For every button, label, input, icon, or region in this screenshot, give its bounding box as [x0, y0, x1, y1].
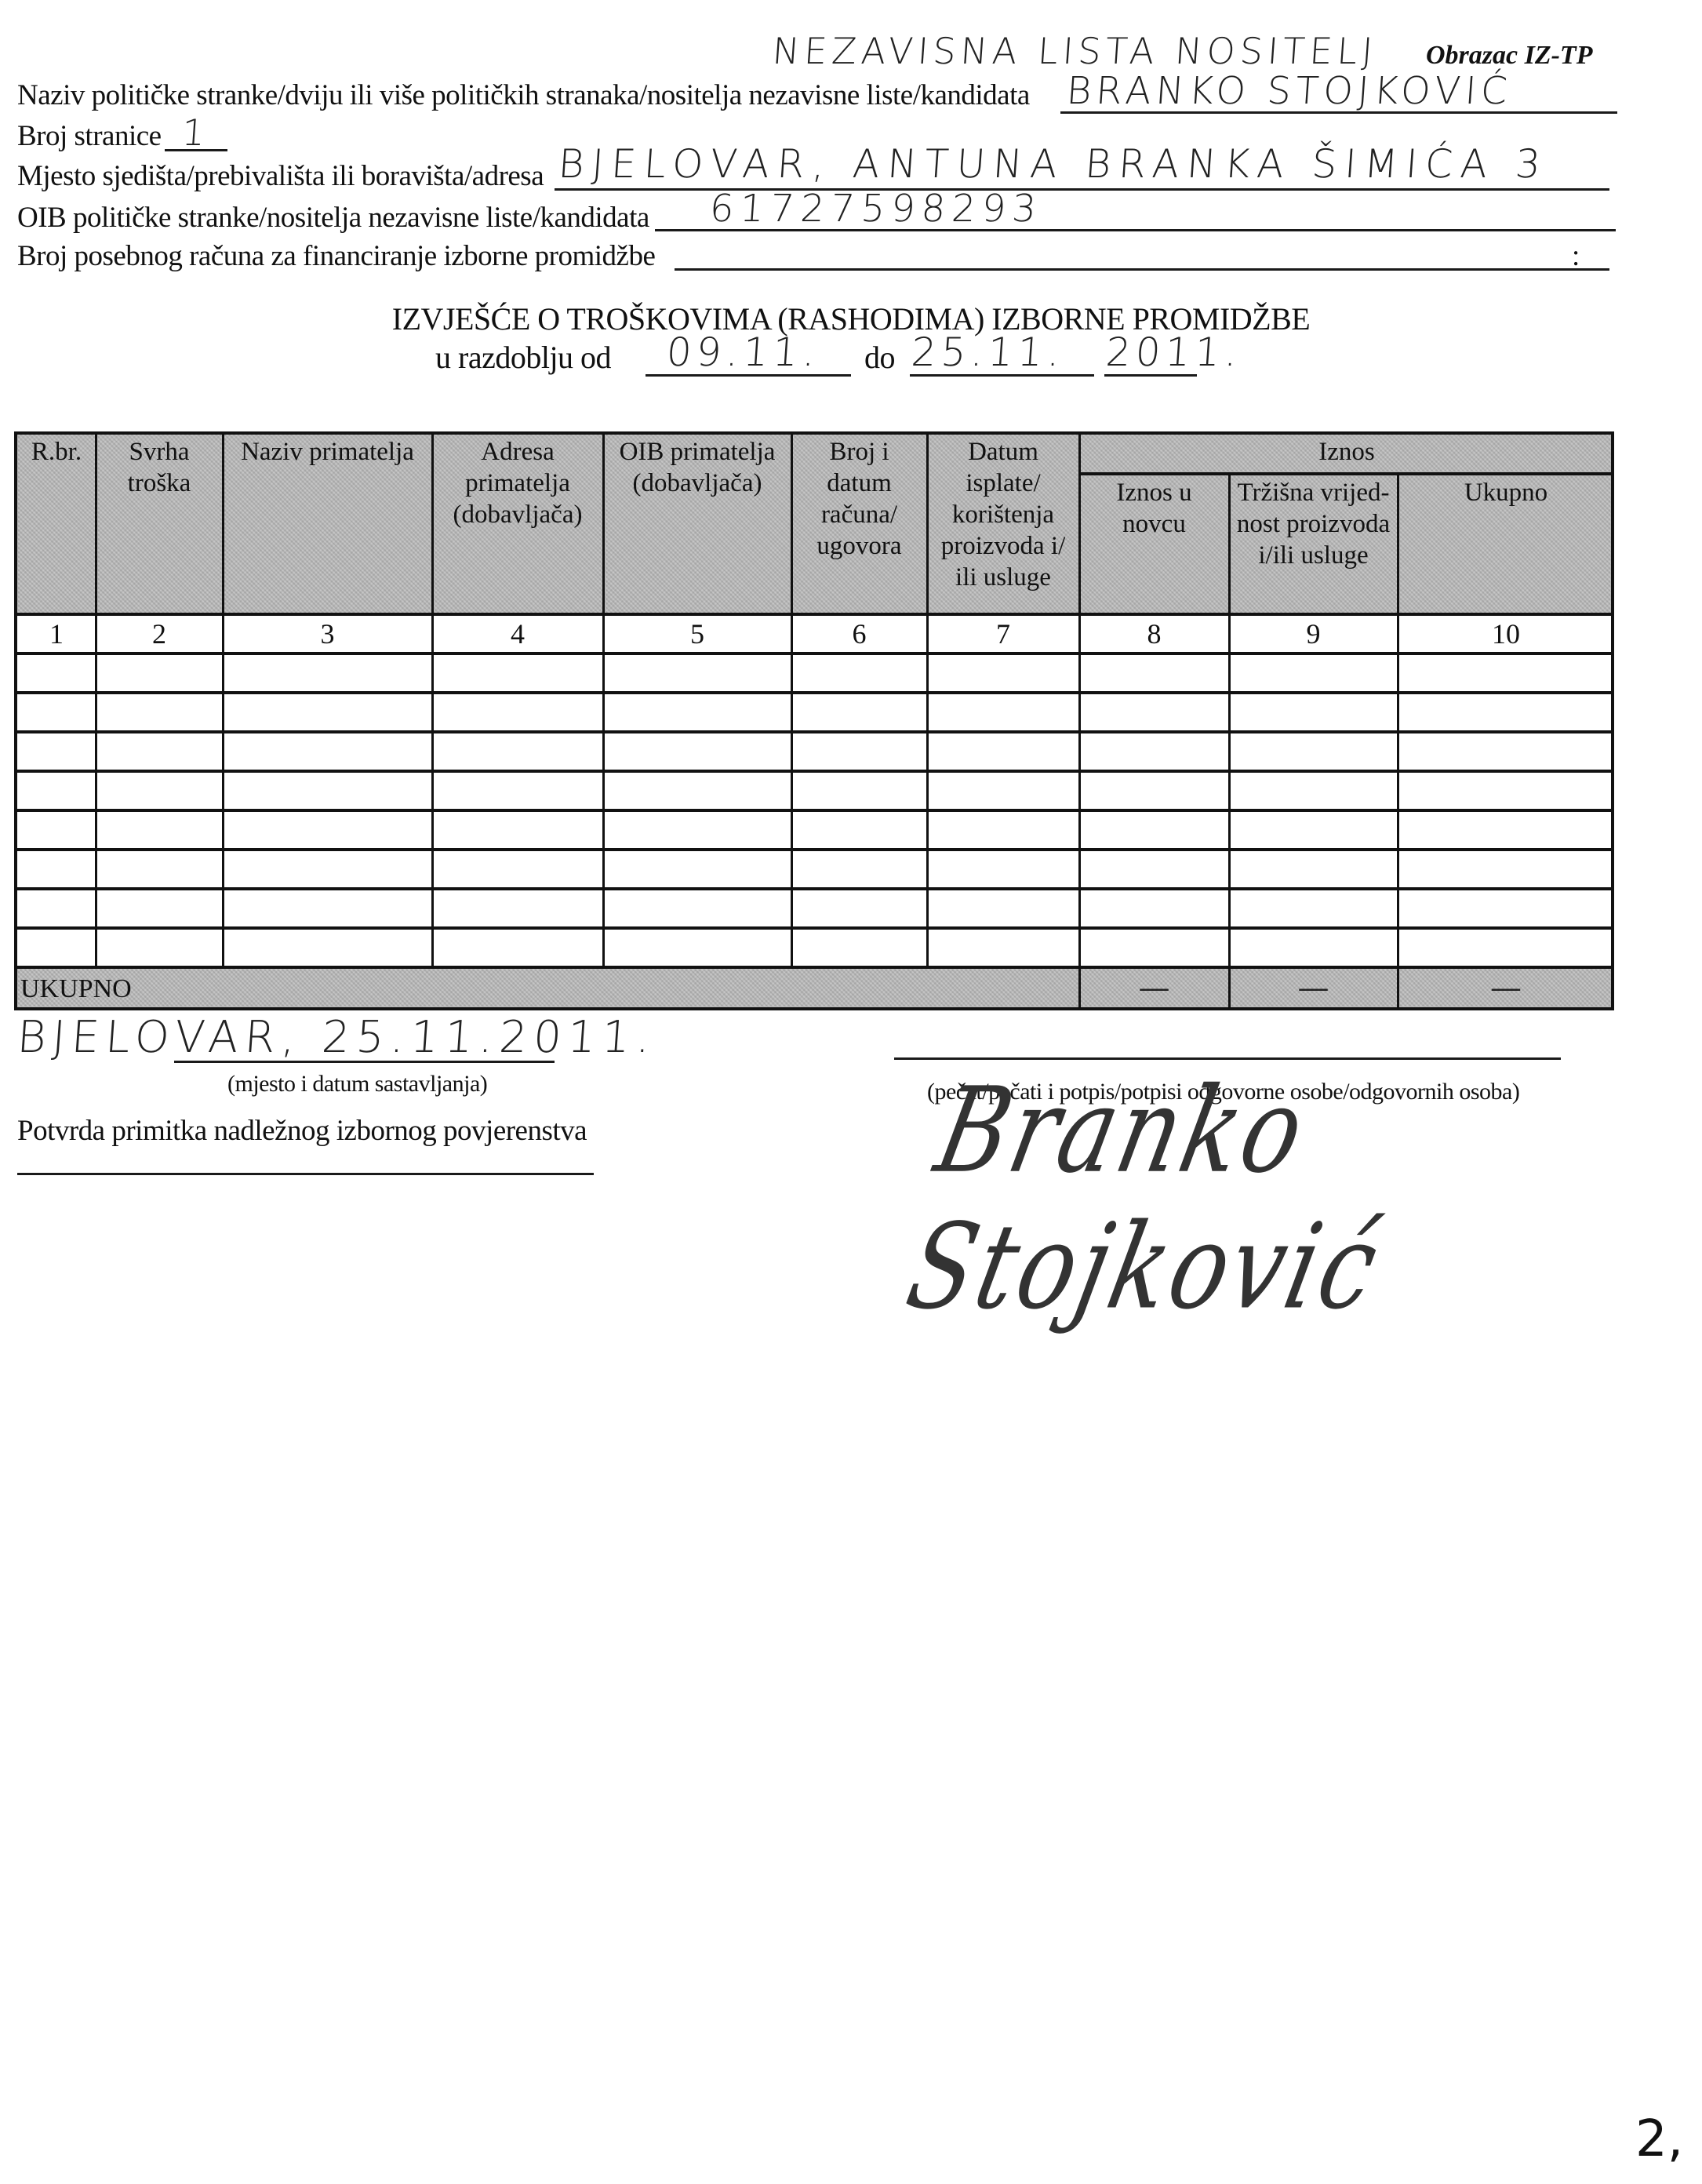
row-divider [17, 691, 1611, 694]
signature: Branko Stojković [896, 1063, 1702, 1336]
table-cell-row2-col5[interactable] [606, 695, 789, 730]
table-cell-row1-col10[interactable] [1400, 656, 1612, 690]
table-cell-row7-col3[interactable] [225, 891, 430, 926]
period-to-underline [910, 374, 1094, 377]
table-cell-row8-col6[interactable] [794, 930, 925, 965]
table-cell-row3-col1[interactable] [20, 734, 93, 769]
table-cell-row7-col2[interactable] [98, 891, 220, 926]
column-number-3: 3 [223, 614, 432, 653]
receipt-underline [17, 1173, 594, 1175]
report-title: IZVJEŠĆE O TROŠKOVIMA (RASHODIMA) IZBORN… [0, 302, 1702, 337]
table-cell-row4-col7[interactable] [929, 773, 1077, 808]
table-cell-row6-col10[interactable] [1400, 852, 1612, 886]
table-cell-row4-col5[interactable] [606, 773, 789, 808]
table-cell-row5-col4[interactable] [435, 813, 601, 847]
table-cell-row5-col5[interactable] [606, 813, 789, 847]
table-cell-row2-col6[interactable] [794, 695, 925, 730]
signature-underline [894, 1057, 1561, 1060]
total-trzisna-vrijednost[interactable]: — [1229, 967, 1398, 1007]
table-cell-row6-col2[interactable] [98, 852, 220, 886]
table-cell-row7-col10[interactable] [1400, 891, 1612, 926]
table-cell-row6-col8[interactable] [1082, 852, 1227, 886]
table-cell-row4-col3[interactable] [225, 773, 430, 808]
table-cell-row8-col1[interactable] [20, 930, 93, 965]
row-divider [17, 652, 1611, 655]
table-cell-row1-col2[interactable] [98, 656, 220, 690]
period-year-underline [1104, 374, 1197, 377]
table-cell-row3-col6[interactable] [794, 734, 925, 769]
table-cell-row6-col3[interactable] [225, 852, 430, 886]
table-cell-row2-col10[interactable] [1400, 695, 1612, 730]
table-cell-row8-col7[interactable] [929, 930, 1077, 965]
table-cell-row1-col7[interactable] [929, 656, 1077, 690]
column-header-3: Naziv primatelja [227, 436, 427, 468]
column-group-header-iznos: Iznos [1079, 436, 1614, 468]
table-cell-row5-col7[interactable] [929, 813, 1077, 847]
table-cell-row8-col10[interactable] [1400, 930, 1612, 965]
table-cell-row3-col2[interactable] [98, 734, 220, 769]
column-number-5: 5 [603, 614, 791, 653]
table-cell-row2-col1[interactable] [20, 695, 93, 730]
table-cell-row7-col8[interactable] [1082, 891, 1227, 926]
total-row-label: UKUPNO [20, 972, 132, 1006]
column-header-4: Adresa primatelja (dobavljača) [437, 436, 598, 530]
table-cell-row2-col7[interactable] [929, 695, 1077, 730]
table-cell-row7-col6[interactable] [794, 891, 925, 926]
table-cell-row3-col4[interactable] [435, 734, 601, 769]
account-suffix: : [1572, 239, 1580, 274]
table-cell-row6-col6[interactable] [794, 852, 925, 886]
table-cell-row5-col6[interactable] [794, 813, 925, 847]
party-name-underline [1060, 111, 1617, 114]
group-header-divider [1079, 472, 1611, 475]
form-code: Obrazac IZ-TP [1426, 41, 1592, 71]
column-header-8: Iznos u novcu [1084, 477, 1224, 540]
table-cell-row1-col3[interactable] [225, 656, 430, 690]
table-cell-row1-col5[interactable] [606, 656, 789, 690]
period-to-label: do [864, 340, 895, 375]
table-cell-row3-col9[interactable] [1231, 734, 1395, 769]
column-header-9: Tržišna vrijed- nost proizvoda i/ili usl… [1234, 477, 1393, 571]
table-cell-row5-col2[interactable] [98, 813, 220, 847]
table-cell-row3-col8[interactable] [1082, 734, 1227, 769]
table-cell-row1-col6[interactable] [794, 656, 925, 690]
place-date-caption: (mjesto i datum sastavljanja) [227, 1067, 487, 1101]
place-date-value[interactable]: BJELOVAR, 25.11.2011. [16, 1012, 658, 1063]
column-header-2: Svrha troška [100, 436, 218, 499]
account-underline [675, 268, 1609, 271]
table-cell-row2-col9[interactable] [1231, 695, 1395, 730]
oib-label: OIB političke stranke/nositelja nezavisn… [17, 201, 649, 235]
table-cell-row4-col1[interactable] [20, 773, 93, 808]
column-number-4: 4 [432, 614, 603, 653]
column-header-1: R.br. [22, 436, 91, 468]
table-cell-row4-col4[interactable] [435, 773, 601, 808]
period-from-label: u razdoblju od [435, 340, 611, 375]
table-cell-row6-col1[interactable] [20, 852, 93, 886]
page-number-label: Broj stranice [17, 119, 162, 154]
table-cell-row1-col1[interactable] [20, 656, 93, 690]
table-cell-row6-col5[interactable] [606, 852, 789, 886]
table-cell-row6-col7[interactable] [929, 852, 1077, 886]
column-header-7: Datum isplate/ korištenja proizvoda i/ i… [932, 436, 1075, 593]
row-divider [17, 887, 1611, 890]
page-number-value[interactable]: 1 [180, 111, 211, 154]
column-number-6: 6 [791, 614, 927, 653]
table-cell-row8-col3[interactable] [225, 930, 430, 965]
table-cell-row8-col9[interactable] [1231, 930, 1395, 965]
table-cell-row6-col4[interactable] [435, 852, 601, 886]
table-cell-row8-col8[interactable] [1082, 930, 1227, 965]
table-cell-row5-col10[interactable] [1400, 813, 1612, 847]
table-cell-row8-col5[interactable] [606, 930, 789, 965]
row-divider [17, 926, 1611, 930]
table-cell-row5-col8[interactable] [1082, 813, 1227, 847]
table-cell-row2-col3[interactable] [225, 695, 430, 730]
period-from-value[interactable]: 09.11. [665, 329, 821, 375]
address-label: Mjesto sjedišta/prebivališta ili boraviš… [17, 159, 544, 194]
table-cell-row7-col1[interactable] [20, 891, 93, 926]
table-cell-row3-col3[interactable] [225, 734, 430, 769]
table-cell-row4-col9[interactable] [1231, 773, 1395, 808]
column-header-5: OIB primatelja (dobavljača) [608, 436, 787, 499]
row-divider [17, 848, 1611, 851]
table-cell-row8-col4[interactable] [435, 930, 601, 965]
column-number-7: 7 [927, 614, 1079, 653]
table-cell-row1-col9[interactable] [1231, 656, 1395, 690]
table-cell-row6-col9[interactable] [1231, 852, 1395, 886]
row-divider [17, 809, 1611, 812]
table-cell-row2-col2[interactable] [98, 695, 220, 730]
table-cell-row1-col4[interactable] [435, 656, 601, 690]
table-cell-row3-col5[interactable] [606, 734, 789, 769]
table-cell-row2-col8[interactable] [1082, 695, 1227, 730]
table-cell-row4-col8[interactable] [1082, 773, 1227, 808]
column-header-10: Ukupno [1402, 477, 1609, 508]
total-ukupno[interactable]: — [1398, 967, 1614, 1007]
receipt-label: Potvrda primitka nadležnog izbornog povj… [17, 1114, 587, 1148]
table-cell-row5-col9[interactable] [1231, 813, 1395, 847]
table-cell-row8-col2[interactable] [98, 930, 220, 965]
oib-underline [655, 229, 1616, 231]
table-cell-row7-col5[interactable] [606, 891, 789, 926]
period-from-underline [646, 374, 851, 377]
account-label: Broj posebnog računa za financiranje izb… [17, 239, 655, 274]
party-name-handwritten-line2: BRANKO STOJKOVIĆ [1065, 69, 1513, 113]
column-number-10: 10 [1398, 614, 1614, 653]
table-cell-row7-col7[interactable] [929, 891, 1077, 926]
handwritten-page-mark: 2, [1635, 2110, 1683, 2168]
table-cell-row4-col10[interactable] [1400, 773, 1612, 808]
table-cell-row5-col3[interactable] [225, 813, 430, 847]
expense-table: R.br.1Svrha troška2Naziv primatelja3Adre… [14, 431, 1614, 1010]
table-cell-row7-col9[interactable] [1231, 891, 1395, 926]
table-cell-row7-col4[interactable] [435, 891, 601, 926]
table-cell-row2-col4[interactable] [435, 695, 601, 730]
party-name-handwritten-line1: NEZAVISNA LISTA NOSITELJ [771, 30, 1379, 72]
column-number-1: 1 [17, 614, 96, 653]
column-header-6: Broj i datum računa/ ugovora [796, 436, 922, 562]
header-bottom-divider [17, 613, 1611, 616]
column-number-2: 2 [96, 614, 223, 653]
table-cell-row5-col1[interactable] [20, 813, 93, 847]
column-divider [1078, 435, 1081, 1007]
address-value[interactable]: BJELOVAR, ANTUNA BRANKA ŠIMIĆA 3 [557, 141, 1550, 187]
total-iznos-u-novcu[interactable]: — [1079, 967, 1229, 1007]
table-cell-row1-col8[interactable] [1082, 656, 1227, 690]
place-date-underline [174, 1061, 555, 1063]
table-cell-row3-col10[interactable] [1400, 734, 1612, 769]
oib-value[interactable]: 61727598293 [708, 187, 1044, 231]
table-cell-row4-col6[interactable] [794, 773, 925, 808]
party-name-label: Naziv političke stranke/dviju ili više p… [17, 78, 1030, 113]
row-divider [17, 770, 1611, 773]
table-cell-row4-col2[interactable] [98, 773, 220, 808]
row-divider [17, 730, 1611, 733]
column-number-9: 9 [1229, 614, 1398, 653]
column-number-8: 8 [1079, 614, 1229, 653]
table-cell-row3-col7[interactable] [929, 734, 1077, 769]
period-to-value[interactable]: 25.11. [910, 329, 1066, 375]
page-number-underline [165, 149, 227, 151]
period-to-year[interactable]: 2011. [1104, 329, 1243, 375]
